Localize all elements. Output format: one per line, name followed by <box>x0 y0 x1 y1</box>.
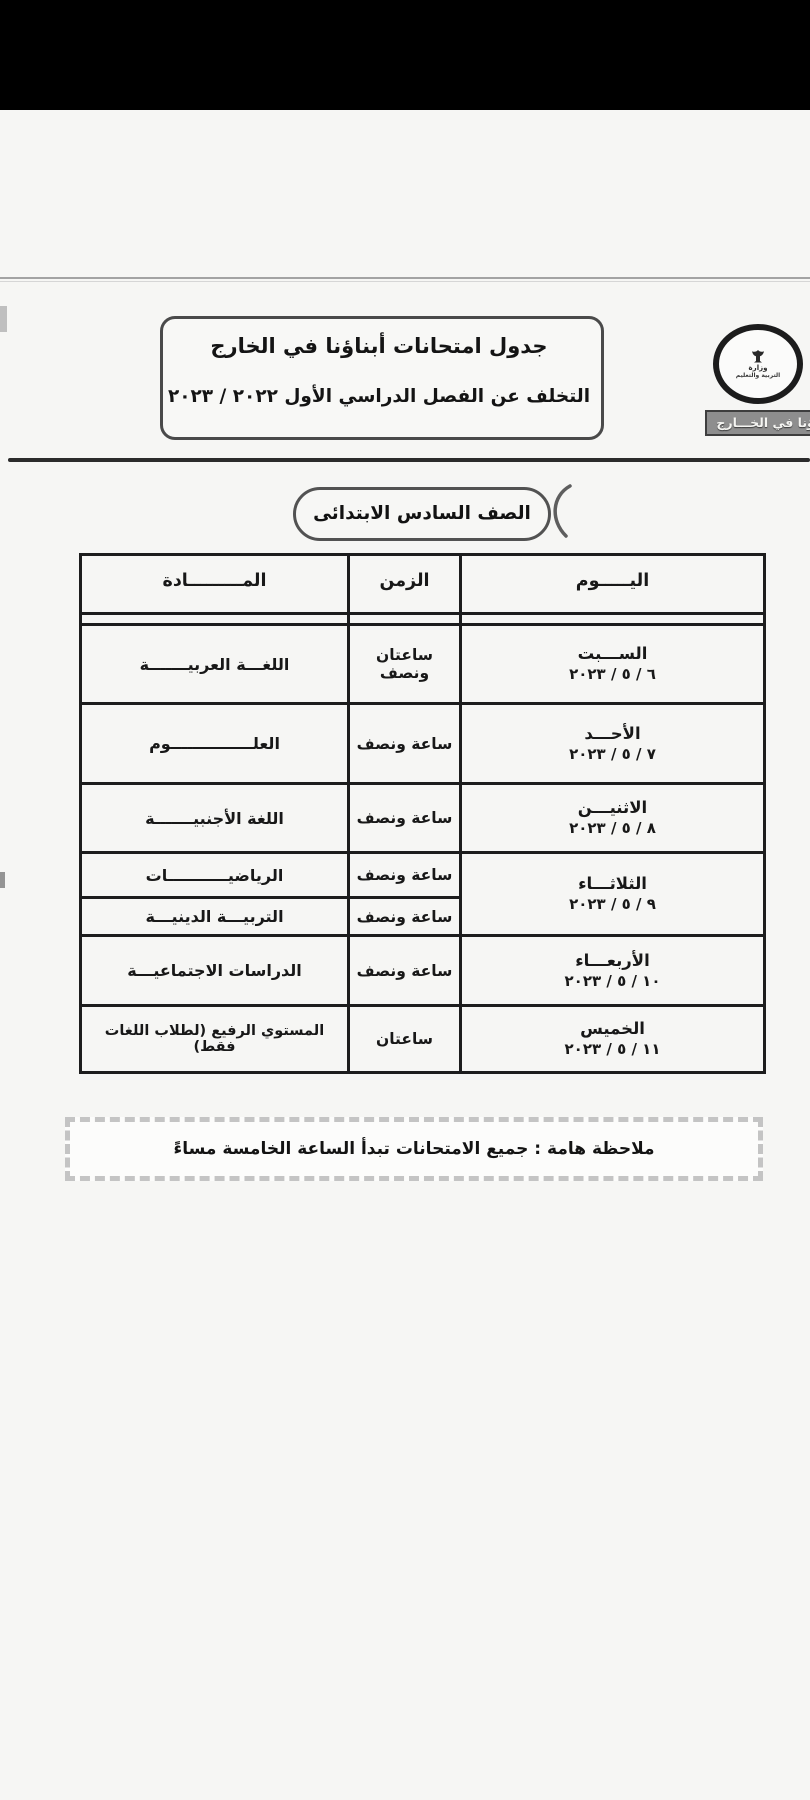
table-row-monday: الاثنيـــن ٨ / ٥ / ٢٠٢٣ ساعة ونصف اللغة … <box>81 784 765 853</box>
subject-cell: اللغة الأجنبيـــــــة <box>81 784 349 853</box>
table-row-tuesday-1: الثلاثـــاء ٩ / ٥ / ٢٠٢٣ ساعة ونصف الريا… <box>81 853 765 898</box>
day-cell: الثلاثـــاء ٩ / ٥ / ٢٠٢٣ <box>461 853 765 936</box>
day-name: الأحـــد <box>466 723 759 744</box>
table-header-double-line <box>82 612 766 615</box>
subject-cell: العلـــــــــــــــوم <box>81 704 349 784</box>
banner-tail-flourish <box>546 484 572 542</box>
ministry-name-text2: التربية والتعليم <box>736 372 780 379</box>
day-name: الســـبت <box>466 643 759 664</box>
subject-cell: التربيـــة الدينيـــة <box>81 898 349 936</box>
important-note-text: ملاحظة هامة : جميع الامتحانات تبدأ الساع… <box>174 1139 655 1159</box>
day-cell: الســـبت ٦ / ٥ / ٢٠٢٣ <box>461 625 765 704</box>
time-cell: ساعة ونصف <box>349 853 461 898</box>
day-name: الاثنيـــن <box>466 797 759 818</box>
exam-schedule-table: اليـــــوم الزمن المـــــــــادة الســـب… <box>82 553 766 1074</box>
day-date: ٧ / ٥ / ٢٠٢٣ <box>466 744 759 765</box>
table-row-saturday: الســـبت ٦ / ٥ / ٢٠٢٣ ساعتان ونصف اللغــ… <box>81 625 765 704</box>
time-cell: ساعة ونصف <box>349 936 461 1006</box>
table-row-wednesday: الأربعـــاء ١٠ / ٥ / ٢٠٢٣ ساعة ونصف الدر… <box>81 936 765 1006</box>
scan-artifact <box>0 306 7 332</box>
day-name: الأربعـــاء <box>466 950 759 971</box>
day-name: الخميس <box>466 1018 759 1039</box>
important-note-box: ملاحظة هامة : جميع الامتحانات تبدأ الساع… <box>65 1117 763 1181</box>
scan-rule-line <box>0 281 810 282</box>
day-date: ٨ / ٥ / ٢٠٢٣ <box>466 818 759 839</box>
document-title: جدول امتحانات أبناؤنا في الخارج <box>160 334 598 358</box>
day-date: ٦ / ٥ / ٢٠٢٣ <box>466 664 759 685</box>
logo-caption-badge: أبناؤنا في الخـــارج <box>705 410 810 436</box>
day-date: ١١ / ٥ / ٢٠٢٣ <box>466 1039 759 1060</box>
time-cell: ساعتان <box>349 1006 461 1073</box>
day-cell: الخميس ١١ / ٥ / ٢٠٢٣ <box>461 1006 765 1073</box>
time-cell: ساعتان ونصف <box>349 625 461 704</box>
eagle-emblem-icon <box>750 349 766 364</box>
ministry-logo: وزارة التربية والتعليم <box>713 324 803 404</box>
day-cell: الأحـــد ٧ / ٥ / ٢٠٢٣ <box>461 704 765 784</box>
time-cell: ساعة ونصف <box>349 704 461 784</box>
scan-rule-line <box>0 277 810 279</box>
scan-artifact <box>0 872 5 888</box>
day-name: الثلاثـــاء <box>466 873 759 894</box>
section-divider-line <box>8 458 810 462</box>
table-row-sunday: الأحـــد ٧ / ٥ / ٢٠٢٣ ساعة ونصف العلــــ… <box>81 704 765 784</box>
subject-cell: اللغـــة العربيـــــــة <box>81 625 349 704</box>
day-date: ١٠ / ٥ / ٢٠٢٣ <box>466 971 759 992</box>
subject-cell: المستوي الرفيع (لطلاب اللغات فقط) <box>81 1006 349 1073</box>
time-cell: ساعة ونصف <box>349 784 461 853</box>
day-date: ٩ / ٥ / ٢٠٢٣ <box>466 894 759 915</box>
document-subtitle: التخلف عن الفصل الدراسي الأول ٢٠٢٢ / ٢٠٢… <box>160 386 598 407</box>
time-cell: ساعة ونصف <box>349 898 461 936</box>
day-cell: الأربعـــاء ١٠ / ٥ / ٢٠٢٣ <box>461 936 765 1006</box>
ministry-name-text: وزارة <box>749 365 768 372</box>
table-row-thursday: الخميس ١١ / ٥ / ٢٠٢٣ ساعتان المستوي الرف… <box>81 1006 765 1073</box>
scanner-black-bar <box>0 0 810 110</box>
day-cell: الاثنيـــن ٨ / ٥ / ٢٠٢٣ <box>461 784 765 853</box>
subject-cell: الدراسات الاجتماعيـــة <box>81 936 349 1006</box>
grade-banner: الصف السادس الابتدائى <box>293 487 551 541</box>
scanned-document-page: جدول امتحانات أبناؤنا في الخارج التخلف ع… <box>0 0 810 1800</box>
subject-cell: الرياضيـــــــــــات <box>81 853 349 898</box>
